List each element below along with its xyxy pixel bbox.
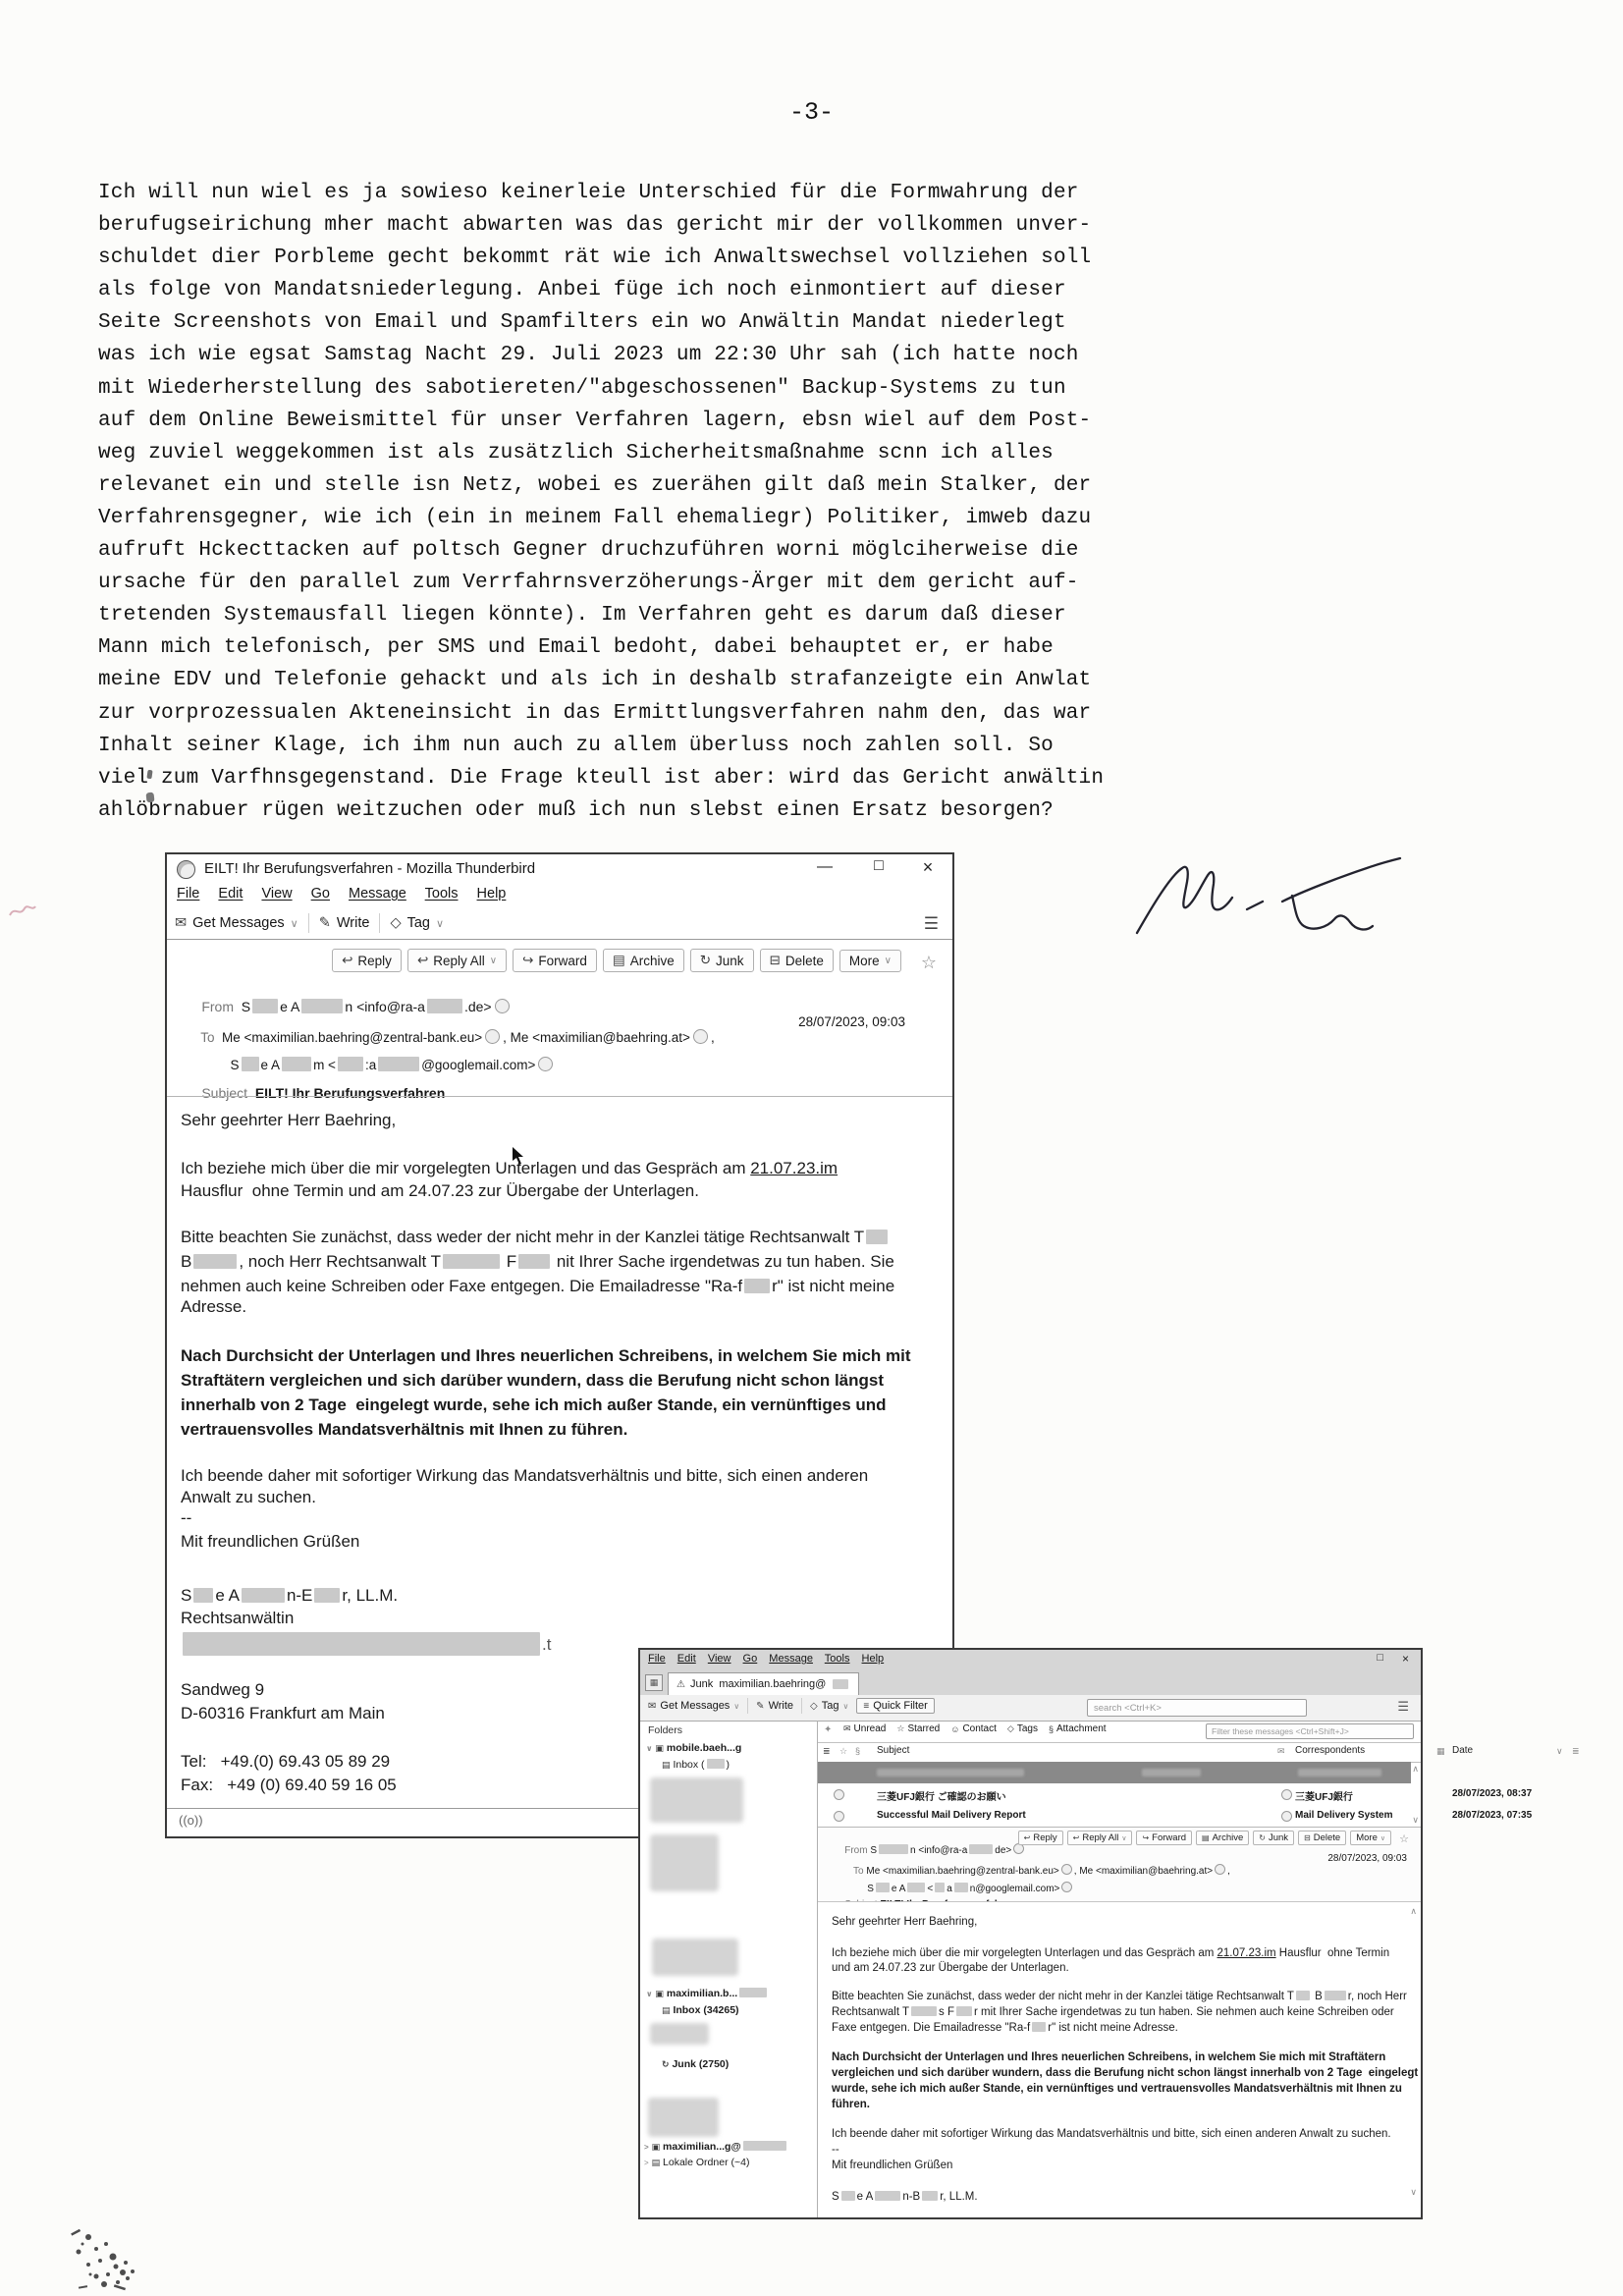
filter-unread-button[interactable]: ✉Unread bbox=[843, 1723, 886, 1734]
tab-strip: ▦ ⚠ Junk maximilian.baehring@ bbox=[640, 1669, 1421, 1696]
signature-tel: Tel: +49.(0) 69.43 05 89 29 bbox=[181, 1752, 390, 1772]
search-input[interactable] bbox=[1087, 1699, 1307, 1717]
tags-icon: ◇ bbox=[1007, 1723, 1014, 1734]
filter-contact-button[interactable]: ☺Contact bbox=[950, 1723, 997, 1734]
junk-button[interactable]: ↻Junk bbox=[1253, 1831, 1294, 1845]
body-paragraph-line: nehmen auch keine Schreiben oder Faxe en… bbox=[181, 1277, 894, 1296]
message-actions: ↩Reply ↩Reply All∨ ↪Forward ▤Archive ↻Ju… bbox=[332, 949, 901, 972]
letter-line: Mann mich telefonisch, per SMS und Email… bbox=[98, 631, 1104, 664]
reply-icon: ↩ bbox=[342, 953, 352, 968]
archive-button[interactable]: ▤Archive bbox=[603, 949, 684, 972]
body-paragraph-line: Ich beziehe mich über die mir vorgelegte… bbox=[832, 1947, 1389, 1959]
message-header-pane: From Sn <info@ra-ade> ↩Reply ↩Reply All∨… bbox=[818, 1827, 1421, 1902]
subject-value: EILT! Ihr Berufungsverfahren bbox=[255, 1085, 445, 1101]
menu-help[interactable]: Help bbox=[477, 886, 507, 902]
menu-view[interactable]: View bbox=[708, 1653, 731, 1665]
column-date[interactable]: Date bbox=[1452, 1745, 1473, 1756]
letter-line: mit Wiederherstellung des sabotiereten/"… bbox=[98, 372, 1104, 405]
redaction-block bbox=[301, 999, 343, 1013]
menu-file[interactable]: File bbox=[648, 1653, 666, 1665]
forward-button[interactable]: ↪Forward bbox=[1136, 1831, 1192, 1845]
avatar-icon bbox=[1281, 1789, 1292, 1800]
redaction-block bbox=[922, 2191, 938, 2201]
illegible-date bbox=[1298, 1769, 1381, 1777]
junk-button[interactable]: ↻Junk bbox=[690, 949, 754, 972]
folder-junk[interactable]: ↻ Junk (2750) bbox=[662, 2058, 729, 2070]
chevron-down-icon: ∨ bbox=[490, 956, 497, 966]
signature-city: D-60316 Frankfurt am Main bbox=[181, 1704, 385, 1723]
body-bold-line: vertrauensvolles Mandatsverhältnis mit I… bbox=[181, 1420, 627, 1440]
more-button[interactable]: More∨ bbox=[1350, 1831, 1391, 1845]
redaction-block bbox=[739, 1988, 767, 1997]
star-icon[interactable]: ☆ bbox=[921, 953, 937, 973]
letter-line: viel zum Varfhnsgegenstand. Die Frage kt… bbox=[98, 762, 1104, 794]
thread-column-icon[interactable]: ≣ bbox=[823, 1746, 831, 1757]
row-date: 28/07/2023, 08:37 bbox=[1452, 1788, 1532, 1799]
redaction-block bbox=[744, 1279, 770, 1293]
letter-line: tretenden Systemausfall liegen könnte). … bbox=[98, 599, 1104, 631]
quick-filter-bar: ✦ ✉Unread ☆Starred ☺Contact ◇Tags §Attac… bbox=[818, 1721, 1421, 1743]
write-button[interactable]: ✎ Write bbox=[319, 915, 370, 931]
inbox-icon: ▤ bbox=[662, 2005, 671, 2015]
tag-button[interactable]: ◇Tag∨ bbox=[810, 1700, 848, 1712]
contact-avatar-icon bbox=[495, 999, 510, 1013]
forward-button[interactable]: ↪Forward bbox=[513, 949, 597, 972]
sort-direction-icon[interactable]: ∨ bbox=[1556, 1746, 1563, 1757]
redacted-folder-block bbox=[648, 2098, 719, 2137]
signature-street: Sandweg 9 bbox=[181, 1680, 264, 1700]
close-button[interactable]: × bbox=[913, 857, 943, 878]
scroll-up-icon[interactable]: ∧ bbox=[1412, 1764, 1419, 1775]
redaction-block bbox=[911, 2006, 937, 2016]
redaction-block bbox=[183, 1632, 540, 1656]
redaction-block bbox=[1032, 2022, 1046, 2032]
folder-local-folders[interactable]: > ▤ Lokale Ordner (~4) bbox=[644, 2157, 749, 2168]
close-button[interactable]: × bbox=[1402, 1652, 1409, 1666]
quick-filter-button[interactable]: ≡Quick Filter bbox=[856, 1698, 934, 1714]
message-body: Sehr geehrter Herr Baehring, Ich beziehe… bbox=[818, 1901, 1421, 2217]
letter-line: zur vorprozessualen Akteneinsicht in das… bbox=[98, 697, 1104, 730]
contact-avatar-icon bbox=[693, 1029, 708, 1044]
redaction-block bbox=[242, 1588, 285, 1603]
account-icon: ▣ bbox=[655, 1989, 664, 1998]
row-correspondents: 三菱UFJ銀行 bbox=[1295, 1788, 1353, 1803]
letter-line: als folge von Mandatsniederlegung. Anbei… bbox=[98, 274, 1104, 306]
delete-icon: ⊟ bbox=[1304, 1833, 1311, 1842]
app-menu-button[interactable]: ☰ bbox=[924, 914, 939, 934]
pink-pencil-squiggle bbox=[8, 900, 37, 923]
body-bold-line: führen. bbox=[832, 2099, 870, 2110]
chevron-down-icon[interactable]: ∨ bbox=[291, 917, 298, 930]
body-paragraph-line: Adresse. bbox=[181, 1297, 246, 1317]
redacted-folder-block bbox=[650, 1777, 743, 1823]
scroll-down-icon[interactable]: ∨ bbox=[1410, 2187, 1417, 2198]
archive-icon: ▤ bbox=[1202, 1833, 1210, 1842]
chevron-down-icon[interactable]: ∨ bbox=[436, 917, 444, 930]
twisty-icon: > bbox=[644, 2159, 649, 2167]
forward-icon: ↪ bbox=[1142, 1833, 1149, 1842]
twisty-icon: ∨ bbox=[646, 1990, 653, 1998]
filter-messages-input[interactable] bbox=[1206, 1723, 1414, 1739]
letter-line: Inhalt seiner Klage, ich ihm nun auch zu… bbox=[98, 730, 1104, 762]
body-greeting: Sehr geehrter Herr Baehring, bbox=[832, 1916, 977, 1928]
signature-fax: Fax: +49 (0) 69.40 59 16 05 bbox=[181, 1776, 397, 1795]
forward-icon: ↪ bbox=[522, 953, 533, 968]
menu-bar: File Edit View Go Message Tools Help bbox=[177, 886, 520, 909]
letter-body: Ich will nun wiel es ja sowieso keinerle… bbox=[98, 177, 1104, 827]
menu-message[interactable]: Message bbox=[349, 886, 406, 902]
message-date: 28/07/2023, 09:03 bbox=[798, 1014, 905, 1029]
redaction-block bbox=[427, 999, 462, 1013]
folder-account-maximilian[interactable]: ∨ ▣ maximilian.b... bbox=[646, 1988, 769, 1999]
signature-name: Se An-Er, LL.M. bbox=[181, 1586, 398, 1606]
get-messages-icon: ✉ bbox=[175, 915, 187, 931]
redacted-folder-block bbox=[650, 2023, 709, 2045]
letter-line: Verfahrensgegner, wie ich (ein in meinem… bbox=[98, 502, 1104, 534]
thread-list-columns: ≣ ☆ § Subject ✉ Correspondents ▦ Date ∨ … bbox=[818, 1742, 1421, 1763]
maximize-button[interactable]: □ bbox=[1377, 1652, 1383, 1664]
tag-icon: ◇ bbox=[390, 915, 401, 931]
page-number: -3- bbox=[0, 98, 1623, 127]
contact-avatar-icon bbox=[538, 1057, 553, 1071]
folder-pane: Folders ∨ ▣ mobile.baeh...g ▤ Inbox () ∨… bbox=[640, 1721, 818, 2217]
mail-toolbar: ✉ Get Messages ∨ ✎ Write ◇ Tag ∨ ☰ bbox=[167, 911, 952, 940]
starred-icon: ☆ bbox=[896, 1723, 904, 1734]
status-indicator: ((o)) bbox=[179, 1813, 203, 1828]
avatar-icon bbox=[834, 1789, 844, 1800]
thread-row[interactable]: Successful Mail Delivery Report Mail Del… bbox=[818, 1805, 1411, 1827]
redaction-block bbox=[875, 2191, 900, 2201]
body-paragraph-line: Bitte beachten Sie zunächst, dass weder … bbox=[832, 1991, 1407, 2002]
toolbar-separator bbox=[801, 1698, 802, 1714]
letter-line: relevanet ein und stelle isn Netz, wobei… bbox=[98, 469, 1104, 502]
tab-junk-folder[interactable]: ⚠ Junk maximilian.baehring@ bbox=[668, 1672, 859, 1696]
row-correspondents: Mail Delivery System bbox=[1295, 1810, 1393, 1821]
redaction-block bbox=[841, 2191, 855, 2201]
contact-icon: ☺ bbox=[950, 1724, 959, 1734]
avatar-icon bbox=[834, 1811, 844, 1822]
body-paragraph-line: und am 24.07.23 zur Übergabe der Unterla… bbox=[832, 1962, 1069, 1974]
mail-toolbar: ✉Get Messages∨ ✎Write ◇Tag∨ ≡Quick Filte… bbox=[640, 1695, 1421, 1722]
menu-go[interactable]: Go bbox=[311, 886, 330, 902]
write-icon: ✎ bbox=[756, 1701, 764, 1712]
menu-file[interactable]: File bbox=[177, 886, 199, 902]
junk-icon: ↻ bbox=[700, 953, 711, 968]
app-menu-button[interactable]: ☰ bbox=[1397, 1699, 1409, 1715]
spaces-toolbar-icon[interactable]: ▦ bbox=[645, 1674, 663, 1691]
redaction-block bbox=[833, 1679, 848, 1689]
body-paragraph-line: Hausflur ohne Termin und am 24.07.23 zur… bbox=[181, 1181, 699, 1201]
body-paragraph-line: Bitte beachten Sie zunächst, dass weder … bbox=[181, 1228, 890, 1247]
folder-icon: ▤ bbox=[652, 2158, 661, 2167]
maximize-button[interactable]: □ bbox=[864, 857, 893, 875]
unread-icon: ✉ bbox=[843, 1723, 851, 1734]
message-date: 28/07/2023, 09:03 bbox=[1327, 1853, 1407, 1864]
body-bold-line: innerhalb von 2 Tage eingelegt wurde, se… bbox=[181, 1395, 887, 1415]
folder-account-googlemail[interactable]: > ▣ maximilian...g@ bbox=[644, 2141, 788, 2153]
signature-title: Rechtsanwältin bbox=[181, 1609, 294, 1628]
illegible-text bbox=[1142, 1769, 1201, 1777]
redaction-block bbox=[314, 1588, 340, 1603]
thunderbird-icon bbox=[177, 860, 195, 879]
margin-ink-mark bbox=[145, 793, 154, 803]
star-column-icon[interactable]: ☆ bbox=[839, 1746, 847, 1757]
header-separator bbox=[167, 1096, 952, 1097]
junk-icon: ↻ bbox=[1259, 1833, 1266, 1842]
avatar-icon bbox=[1281, 1811, 1292, 1822]
reply-all-icon: ↩ bbox=[417, 953, 428, 968]
menu-edit[interactable]: Edit bbox=[218, 886, 243, 902]
date-link[interactable]: 21.07.23.im bbox=[1217, 1947, 1276, 1959]
redaction-block bbox=[518, 1254, 550, 1269]
toolbar-separator bbox=[747, 1698, 748, 1714]
chevron-down-icon: ∨ bbox=[733, 1702, 739, 1711]
twisty-icon: ∨ bbox=[646, 1744, 653, 1753]
scroll-down-icon[interactable]: ∨ bbox=[1412, 1815, 1419, 1826]
reply-button[interactable]: ↩Reply bbox=[332, 949, 402, 972]
redacted-folder-block bbox=[652, 1939, 738, 1976]
junk-folder-icon: ↻ bbox=[662, 2059, 670, 2069]
more-button[interactable]: More∨ bbox=[839, 950, 901, 972]
scroll-up-icon[interactable]: ∧ bbox=[1410, 1906, 1417, 1917]
reply-all-button[interactable]: ↩Reply All∨ bbox=[407, 949, 507, 972]
body-paragraph-line: Ich beende daher mit sofortiger Wirkung … bbox=[832, 2128, 1391, 2140]
column-subject[interactable]: Subject bbox=[877, 1745, 909, 1756]
ink-speckles bbox=[20, 2198, 157, 2296]
redaction-block bbox=[193, 1254, 237, 1269]
letter-line: Seite Screenshots von Email und Spamfilt… bbox=[98, 306, 1104, 339]
reply-all-icon: ↩ bbox=[1073, 1833, 1080, 1842]
filter-starred-button[interactable]: ☆Starred bbox=[896, 1723, 940, 1734]
body-bold-line: Nach Durchsicht der Unterlagen und Ihres… bbox=[832, 2051, 1385, 2063]
redaction-block bbox=[743, 2141, 786, 2151]
menu-bar: File Edit View Go Message Tools Help □ × bbox=[640, 1650, 1421, 1669]
archive-icon: ▤ bbox=[613, 953, 625, 968]
reply-button[interactable]: ↩Reply bbox=[1018, 1831, 1063, 1845]
date-column-icon[interactable]: ▦ bbox=[1436, 1746, 1445, 1757]
menu-go[interactable]: Go bbox=[743, 1653, 758, 1665]
quick-filter-icon: ≡ bbox=[863, 1701, 869, 1712]
row-subject: Successful Mail Delivery Report bbox=[877, 1810, 1026, 1821]
toolbar-separator bbox=[308, 913, 309, 933]
title-bar: EILT! Ihr Berufungsverfahren - Mozilla T… bbox=[167, 854, 952, 884]
column-picker-icon[interactable]: ≣ bbox=[1572, 1746, 1580, 1757]
folder-account-mobile[interactable]: ∨ ▣ mobile.baeh...g bbox=[646, 1742, 741, 1754]
signature-separator: -- bbox=[832, 2144, 839, 2156]
contact-avatar-icon bbox=[1061, 1882, 1072, 1892]
body-bold-line: wurde, sehe ich mich außer Stande, ein v… bbox=[832, 2083, 1402, 2095]
star-icon[interactable]: ☆ bbox=[1399, 1832, 1409, 1845]
body-bold-line: Nach Durchsicht der Unterlagen und Ihres… bbox=[181, 1346, 910, 1366]
menu-message[interactable]: Message bbox=[769, 1653, 813, 1665]
letter-line: schuldet dier Porbleme gecht bekommt rät… bbox=[98, 242, 1104, 274]
delete-button[interactable]: ⊟Delete bbox=[760, 949, 834, 972]
get-messages-button[interactable]: ✉Get Messages∨ bbox=[648, 1700, 739, 1712]
tag-button[interactable]: ◇ Tag ∨ bbox=[390, 915, 444, 931]
menu-tools[interactable]: Tools bbox=[425, 886, 459, 902]
chevron-down-icon: ∨ bbox=[1121, 1834, 1126, 1842]
delete-button[interactable]: ⊟Delete bbox=[1298, 1831, 1346, 1845]
body-bold-line: Straftätern vergleichen und sich darüber… bbox=[181, 1371, 884, 1391]
inbox-icon: ▤ bbox=[662, 1760, 671, 1770]
thread-row[interactable]: 三菱UFJ銀行 ご確認のお願い 三菱UFJ銀行 28/07/2023, 08:3… bbox=[818, 1783, 1411, 1805]
reply-icon: ↩ bbox=[1024, 1833, 1031, 1842]
letter-line: weg zuviel weggekommen ist als zusätzlic… bbox=[98, 437, 1104, 469]
get-messages-button[interactable]: ✉ Get Messages ∨ bbox=[175, 915, 298, 931]
tag-icon: ◇ bbox=[810, 1701, 818, 1712]
letter-line: meine EDV und Telefonie gehackt und als … bbox=[98, 664, 1104, 696]
body-paragraph-line: Ich beziehe mich über die mir vorgelegte… bbox=[181, 1159, 838, 1178]
body-closing: Mit freundlichen Grüßen bbox=[832, 2159, 952, 2171]
redaction-block bbox=[707, 1759, 725, 1769]
thread-row-selected[interactable] bbox=[818, 1762, 1411, 1783]
minimize-button[interactable]: — bbox=[810, 858, 839, 876]
menu-help[interactable]: Help bbox=[862, 1653, 885, 1665]
body-closing: Mit freundlichen Grüßen bbox=[181, 1532, 359, 1552]
menu-tools[interactable]: Tools bbox=[825, 1653, 850, 1665]
chevron-down-icon: ∨ bbox=[842, 1702, 848, 1711]
redaction-block bbox=[193, 1588, 213, 1603]
letter-line: ahlöbrnabuer rügen weitzuchen oder muß i… bbox=[98, 794, 1104, 827]
signature-separator: -- bbox=[181, 1508, 191, 1528]
body-paragraph-line: Anwalt zu suchen. bbox=[181, 1488, 316, 1507]
archive-button[interactable]: ▤Archive bbox=[1196, 1831, 1249, 1845]
correspondents-column-icon[interactable]: ✉ bbox=[1277, 1746, 1285, 1757]
folder-inbox-maximilian[interactable]: ▤ Inbox (34265) bbox=[662, 2004, 739, 2016]
thunderbird-main-window: File Edit View Go Message Tools Help □ ×… bbox=[638, 1648, 1423, 2219]
column-correspondents[interactable]: Correspondents bbox=[1295, 1745, 1365, 1756]
from-label: From bbox=[201, 999, 234, 1014]
reply-all-button[interactable]: ↩Reply All∨ bbox=[1067, 1831, 1133, 1845]
body-paragraph-line: B, noch Herr Rechtsanwalt T F nit Ihrer … bbox=[181, 1252, 894, 1272]
body-paragraph-line: Rechtsanwalt Ts Fr mit Ihrer Sache irgen… bbox=[832, 2006, 1394, 2018]
twisty-icon: > bbox=[644, 2143, 649, 2152]
letter-line: was ich wie egsat Samstag Nacht 29. Juli… bbox=[98, 339, 1104, 371]
attachment-column-icon[interactable]: § bbox=[855, 1746, 860, 1756]
redaction-block bbox=[956, 2006, 972, 2016]
contact-avatar-icon bbox=[1215, 1864, 1225, 1875]
letter-line: ursache für den parallel zum Verrfahrnsv… bbox=[98, 567, 1104, 599]
letter-line: Ich will nun wiel es ja sowieso keinerle… bbox=[98, 177, 1104, 209]
illegible-subject bbox=[877, 1769, 1024, 1777]
junk-tab-icon: ⚠ bbox=[676, 1679, 685, 1690]
letter-line: berufugseirichung mher macht abwarten wa… bbox=[98, 209, 1104, 242]
menu-edit[interactable]: Edit bbox=[677, 1653, 696, 1665]
signature-redacted-row: .t bbox=[181, 1632, 551, 1656]
filter-tags-button[interactable]: ◇Tags bbox=[1007, 1723, 1038, 1734]
redacted-folder-block bbox=[650, 1834, 719, 1891]
signature-name: Se An-Br, LL.M. bbox=[832, 2191, 978, 2203]
account-icon: ▣ bbox=[652, 2142, 661, 2152]
subject-label: Subject bbox=[201, 1085, 247, 1101]
account-icon: ▣ bbox=[655, 1743, 664, 1753]
redaction-block bbox=[1325, 1991, 1346, 2000]
window-title: EILT! Ihr Berufungsverfahren - Mozilla T… bbox=[204, 860, 535, 877]
date-link[interactable]: 21.07.23.im bbox=[750, 1159, 838, 1177]
toolbar-separator bbox=[379, 913, 380, 933]
letter-line: auf dem Online Beweismittel für unser Ve… bbox=[98, 405, 1104, 437]
handwritten-signature-ink bbox=[1109, 835, 1414, 948]
pin-icon[interactable]: ✦ bbox=[824, 1724, 832, 1735]
redaction-block bbox=[866, 1230, 888, 1244]
message-actions: ↩Reply ↩Reply All∨ ↪Forward ▤Archive ↻Ju… bbox=[1018, 1831, 1391, 1845]
write-icon: ✎ bbox=[319, 915, 331, 931]
menu-view[interactable]: View bbox=[261, 886, 292, 902]
body-paragraph-line: Ich beende daher mit sofortiger Wirkung … bbox=[181, 1466, 868, 1486]
body-bold-line: vergleichen und sich darüber wundern, da… bbox=[832, 2067, 1418, 2079]
letter-line: aufruft Hckecttacken auf poltsch Gegner … bbox=[98, 534, 1104, 567]
row-date: 28/07/2023, 07:35 bbox=[1452, 1810, 1532, 1821]
folders-header: Folders bbox=[648, 1724, 682, 1736]
body-greeting: Sehr geehrter Herr Baehring, bbox=[181, 1111, 396, 1130]
attachment-icon: § bbox=[1049, 1724, 1054, 1734]
chevron-down-icon: ∨ bbox=[885, 956, 892, 966]
write-button[interactable]: ✎Write bbox=[756, 1700, 793, 1712]
redaction-block bbox=[443, 1254, 500, 1269]
chevron-down-icon: ∨ bbox=[1380, 1834, 1385, 1842]
redaction-block bbox=[252, 999, 278, 1013]
redaction-block bbox=[1296, 1991, 1310, 2000]
get-messages-icon: ✉ bbox=[648, 1701, 656, 1712]
row-subject: 三菱UFJ銀行 ご確認のお願い bbox=[877, 1788, 1006, 1803]
folder-inbox-mobile[interactable]: ▤ Inbox () bbox=[662, 1759, 730, 1771]
body-paragraph-line: Faxe entgegen. Die Emailadresse "Ra-fr" … bbox=[832, 2022, 1178, 2034]
filter-attachment-button[interactable]: §Attachment bbox=[1049, 1723, 1107, 1734]
delete-icon: ⊟ bbox=[770, 953, 781, 968]
